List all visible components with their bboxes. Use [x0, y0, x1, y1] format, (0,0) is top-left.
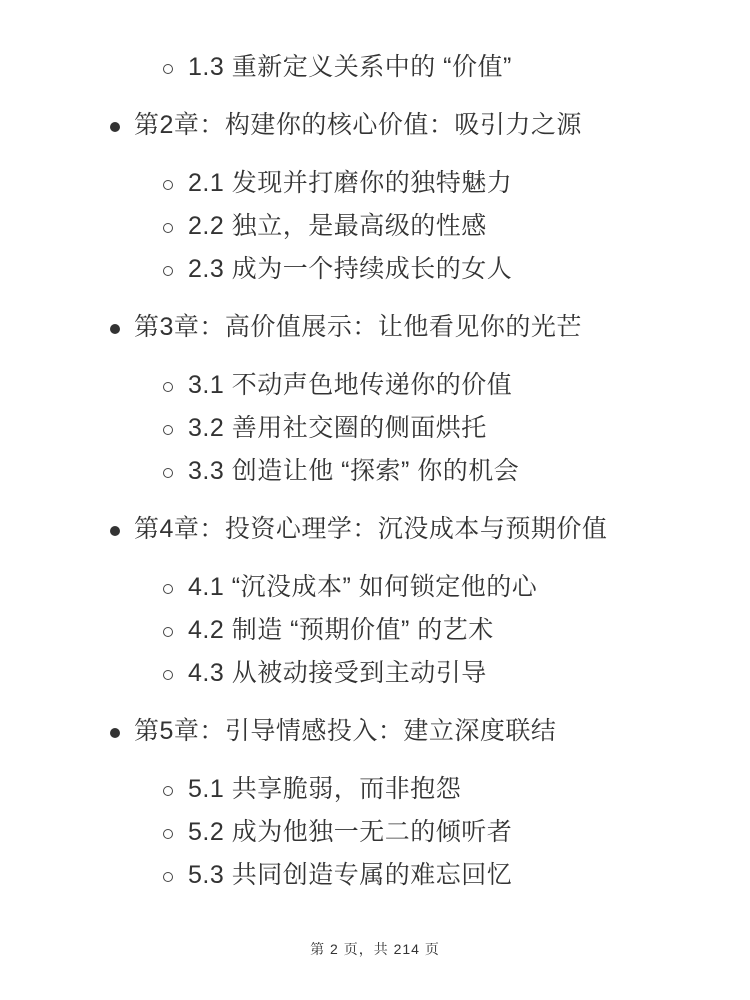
toc-section-row: 1.3 重新定义关系中的 “价值”: [0, 46, 750, 89]
toc-section-text: 4.2 制造 “预期价值” 的艺术: [188, 609, 494, 652]
toc-chapter-text: 第3章：高价值展示：让他看见你的光芒: [134, 306, 582, 349]
circle-bullet-icon: [163, 266, 173, 276]
toc-chapter-row: 第4章：投资心理学：沉没成本与预期价值: [0, 508, 750, 551]
disc-bullet-icon: [110, 324, 120, 334]
toc-chapter-text: 第2章：构建你的核心价值：吸引力之源: [134, 104, 582, 147]
document-page: 1.3 重新定义关系中的 “价值” 第2章：构建你的核心价值：吸引力之源 2.1…: [0, 0, 750, 1000]
circle-bullet-icon: [163, 64, 173, 74]
toc-section-row: 3.1 不动声色地传递你的价值: [0, 364, 750, 407]
toc-chapter-row: 第3章：高价值展示：让他看见你的光芒: [0, 306, 750, 349]
toc-section-row: 2.3 成为一个持续成长的女人: [0, 248, 750, 291]
circle-bullet-icon: [163, 425, 173, 435]
toc-section-row: 3.3 创造让他 “探索” 你的机会: [0, 450, 750, 493]
circle-bullet-icon: [163, 786, 173, 796]
toc-section-text: 2.3 成为一个持续成长的女人: [188, 248, 512, 291]
toc-section-text: 2.1 发现并打磨你的独特魅力: [188, 162, 512, 205]
toc-section-row: 5.1 共享脆弱，而非抱怨: [0, 768, 750, 811]
toc-section-text: 5.1 共享脆弱，而非抱怨: [188, 768, 461, 811]
disc-bullet-icon: [110, 122, 120, 132]
circle-bullet-icon: [163, 468, 173, 478]
disc-bullet-icon: [110, 728, 120, 738]
toc-section-text: 5.3 共同创造专属的难忘回忆: [188, 854, 512, 897]
toc-section-text: 3.3 创造让他 “探索” 你的机会: [188, 450, 519, 493]
toc-section-text: 5.2 成为他独一无二的倾听者: [188, 811, 512, 854]
circle-bullet-icon: [163, 223, 173, 233]
circle-bullet-icon: [163, 829, 173, 839]
toc-section-row: 3.2 善用社交圈的侧面烘托: [0, 407, 750, 450]
toc-section-text: 4.1 “沉没成本” 如何锁定他的心: [188, 566, 537, 609]
circle-bullet-icon: [163, 584, 173, 594]
toc-chapter-text: 第5章：引导情感投入：建立深度联结: [134, 710, 556, 753]
toc-section-row: 2.2 独立，是最高级的性感: [0, 205, 750, 248]
toc-section-text: 2.2 独立，是最高级的性感: [188, 205, 487, 248]
toc-chapter-text: 第4章：投资心理学：沉没成本与预期价值: [134, 508, 607, 551]
toc-chapter-row: 第5章：引导情感投入：建立深度联结: [0, 710, 750, 753]
disc-bullet-icon: [110, 526, 120, 536]
toc-section-text: 1.3 重新定义关系中的 “价值”: [188, 46, 512, 89]
circle-bullet-icon: [163, 670, 173, 680]
circle-bullet-icon: [163, 180, 173, 190]
circle-bullet-icon: [163, 382, 173, 392]
toc-section-row: 5.3 共同创造专属的难忘回忆: [0, 854, 750, 897]
toc-section-row: 4.3 从被动接受到主动引导: [0, 652, 750, 695]
toc-section-text: 3.2 善用社交圈的侧面烘托: [188, 407, 487, 450]
toc-section-row: 5.2 成为他独一无二的倾听者: [0, 811, 750, 854]
toc-section-row: 4.2 制造 “预期价值” 的艺术: [0, 609, 750, 652]
toc-section-row: 4.1 “沉没成本” 如何锁定他的心: [0, 566, 750, 609]
toc-section-row: 2.1 发现并打磨你的独特魅力: [0, 162, 750, 205]
toc-section-text: 3.1 不动声色地传递你的价值: [188, 364, 512, 407]
toc-section-text: 4.3 从被动接受到主动引导: [188, 652, 487, 695]
page-number-footer: 第 2 页，共 214 页: [0, 939, 750, 959]
toc-chapter-row: 第2章：构建你的核心价值：吸引力之源: [0, 104, 750, 147]
circle-bullet-icon: [163, 872, 173, 882]
circle-bullet-icon: [163, 627, 173, 637]
